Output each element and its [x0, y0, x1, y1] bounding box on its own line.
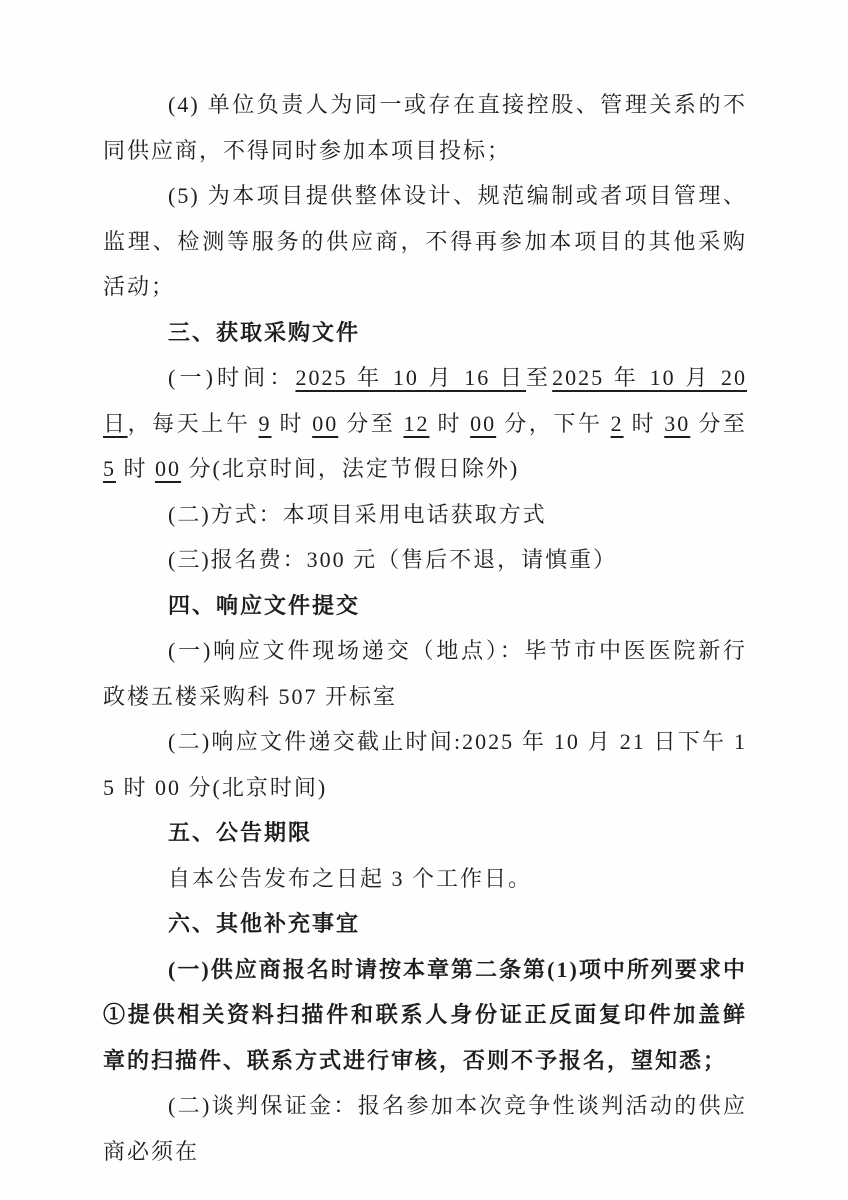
- document-body: (4) 单位负责人为同一或存在直接控股、管理关系的不同供应商，不得同时参加本项目…: [103, 82, 747, 1174]
- section-4-location-paragraph: (一)响应文件现场递交（地点）：毕节市中医医院新行政楼五楼采购科 507 开标室: [103, 628, 747, 719]
- section-6-registration-paragraph: (一)供应商报名时请按本章第二条第(1)项中所列要求中①提供相关资料扫描件和联系…: [103, 947, 747, 1084]
- underlined-fill-in-value: 30: [664, 411, 690, 436]
- text-run: ，每天上午: [128, 411, 259, 436]
- text-run: 时: [271, 411, 312, 436]
- section-6-heading: 六、其他补充事宜: [103, 901, 747, 947]
- section-6-deposit-paragraph: (二)谈判保证金：报名参加本次竞争性谈判活动的供应商必须在: [103, 1083, 747, 1174]
- underlined-fill-in-value: 12: [403, 411, 429, 436]
- underlined-fill-in-value: 00: [470, 411, 496, 436]
- document-page: (4) 单位负责人为同一或存在直接控股、管理关系的不同供应商，不得同时参加本项目…: [0, 0, 848, 1200]
- text-run: 分至: [690, 411, 747, 436]
- section-5-duration-paragraph: 自本公告发布之日起 3 个工作日。: [103, 856, 747, 902]
- text-run: 六、其他补充事宜: [168, 911, 360, 936]
- text-run: 分至: [338, 411, 403, 436]
- section-3-heading: 三、获取采购文件: [103, 310, 747, 356]
- text-run: (一)时间：: [168, 365, 295, 390]
- text-run: 分(北京时间，法定节假日除外): [181, 456, 519, 481]
- section-3-time-paragraph: (一)时间：2025 年 10 月 16 日至2025 年 10 月 20 日，…: [103, 355, 747, 492]
- section-4-deadline-paragraph: (二)响应文件递交截止时间:2025 年 10 月 21 日下午 15 时 00…: [103, 719, 747, 810]
- text-run: 四、响应文件提交: [168, 593, 360, 618]
- text-run: (一)供应商报名时请按本章第二条第(1)项中所列要求中①提供相关资料扫描件和联系…: [103, 957, 747, 1073]
- section-3-fee-paragraph: (三)报名费：300 元（售后不退，请慎重）: [103, 537, 747, 583]
- section-4-heading: 四、响应文件提交: [103, 583, 747, 629]
- text-run: 自本公告发布之日起 3 个工作日。: [168, 866, 532, 891]
- underlined-fill-in-value: 00: [155, 456, 181, 481]
- text-run: (5) 为本项目提供整体设计、规范编制或者项目管理、监理、检测等服务的供应商，不…: [103, 183, 747, 299]
- underlined-fill-in-value: 5: [103, 456, 116, 481]
- section-5-heading: 五、公告期限: [103, 810, 747, 856]
- text-run: 时: [624, 411, 665, 436]
- text-run: (二)方式：本项目采用电话获取方式: [168, 502, 547, 527]
- text-run: (4) 单位负责人为同一或存在直接控股、管理关系的不同供应商，不得同时参加本项目…: [103, 92, 747, 163]
- text-run: (二)响应文件递交截止时间:2025 年 10 月 21 日下午 15 时 00…: [103, 729, 747, 800]
- clause-5-paragraph: (5) 为本项目提供整体设计、规范编制或者项目管理、监理、检测等服务的供应商，不…: [103, 173, 747, 310]
- text-run: (三)报名费：300 元（售后不退，请慎重）: [168, 547, 617, 572]
- underlined-fill-in-value: 2025 年 10 月 16 日: [295, 365, 526, 390]
- text-run: (一)响应文件现场递交（地点）：毕节市中医医院新行政楼五楼采购科 507 开标室: [103, 638, 747, 709]
- section-3-method-paragraph: (二)方式：本项目采用电话获取方式: [103, 492, 747, 538]
- underlined-fill-in-value: 9: [258, 411, 271, 436]
- text-run: 至: [526, 365, 552, 390]
- text-run: 三、获取采购文件: [168, 320, 360, 345]
- text-run: 分，下午: [496, 411, 610, 436]
- text-run: 时: [116, 456, 155, 481]
- clause-4-paragraph: (4) 单位负责人为同一或存在直接控股、管理关系的不同供应商，不得同时参加本项目…: [103, 82, 747, 173]
- underlined-fill-in-value: 00: [312, 411, 338, 436]
- text-run: 时: [429, 411, 470, 436]
- text-run: (二)谈判保证金：报名参加本次竞争性谈判活动的供应商必须在: [103, 1093, 747, 1164]
- text-run: 五、公告期限: [168, 820, 312, 845]
- underlined-fill-in-value: 2: [611, 411, 624, 436]
